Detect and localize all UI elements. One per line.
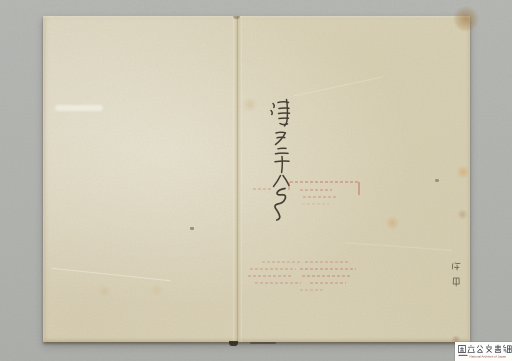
red-stamp-fragment (302, 203, 332, 205)
red-text-fragment (255, 282, 301, 284)
ghost-impression (55, 105, 103, 111)
red-stamp-fragment (288, 182, 290, 190)
calligraphy-ink (262, 96, 296, 222)
edge-shadow-mark (250, 342, 276, 344)
paper-crease (51, 268, 170, 282)
binding-notch (229, 341, 238, 346)
stain (457, 209, 468, 220)
watermark-subtitle-en: National Archives of Japan (470, 355, 507, 359)
scan-background: 清第二十八号 (0, 0, 512, 361)
paper-crease (343, 242, 453, 251)
archive-watermark: 国立公文書館 National Archives of Japan (455, 342, 512, 361)
red-stamp-fragment (358, 182, 360, 195)
speck (190, 227, 194, 230)
red-text-fragment (262, 261, 302, 263)
red-stamp-fragment (300, 189, 332, 191)
red-stamp-fragment (290, 181, 360, 183)
stain (385, 216, 400, 230)
paper-texture (43, 16, 470, 342)
red-text-fragment (302, 275, 352, 277)
stain (456, 165, 470, 179)
red-text-fragment (310, 282, 346, 284)
side-annotation-ink (449, 261, 463, 291)
red-text-fragment (248, 275, 291, 277)
calligraphy-block: 清第二十八号 (262, 96, 296, 222)
speck (435, 179, 439, 182)
red-text-fragment (305, 261, 349, 263)
red-stamp-fragment (303, 196, 336, 198)
watermark-graphic: National Archives of Japan (455, 342, 512, 361)
stain (148, 285, 165, 296)
red-text-fragment (300, 289, 324, 291)
stain (97, 286, 112, 297)
side-annotation: 係甲 (449, 261, 463, 291)
paper-fold-crease (237, 16, 238, 342)
paper-crease (294, 77, 382, 97)
red-text-fragment (250, 268, 296, 270)
stain (241, 98, 259, 111)
red-stamp-fragment (253, 188, 271, 190)
red-text-fragment (300, 268, 356, 270)
watermark-kanji-strokes (459, 345, 512, 353)
document-paper: 清第二十八号 (43, 16, 470, 342)
stain (453, 6, 479, 32)
